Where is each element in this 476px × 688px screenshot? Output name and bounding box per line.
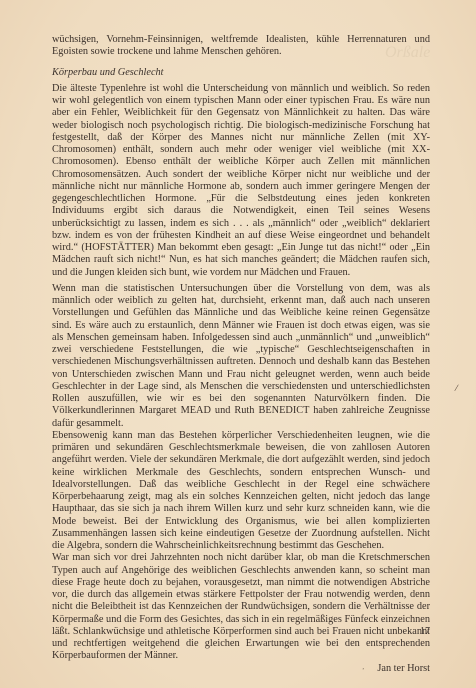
author-signature: Jan ter Horst [52, 663, 430, 675]
book-page: wüchsigen, Vornehm-Feinsinnigen, weltfre… [52, 34, 430, 675]
paper-speck: ’ [362, 667, 364, 675]
margin-pencil-mark: / [454, 383, 459, 394]
continuation-paragraph: wüchsigen, Vornehm-Feinsinnigen, weltfre… [52, 34, 430, 59]
paragraph-3: Ebensowenig kann man das Bestehen körper… [52, 430, 430, 553]
paragraph-2: Wenn man die statistischen Untersuchunge… [52, 283, 430, 430]
section-heading: Körperbau und Geschlecht [52, 67, 430, 79]
paragraph-4: War man sich vor drei Jahrzehnten noch n… [52, 552, 430, 662]
page-number: 17 [52, 626, 430, 637]
paragraph-1: Die älteste Typenlehre ist wohl die Unte… [52, 83, 430, 279]
